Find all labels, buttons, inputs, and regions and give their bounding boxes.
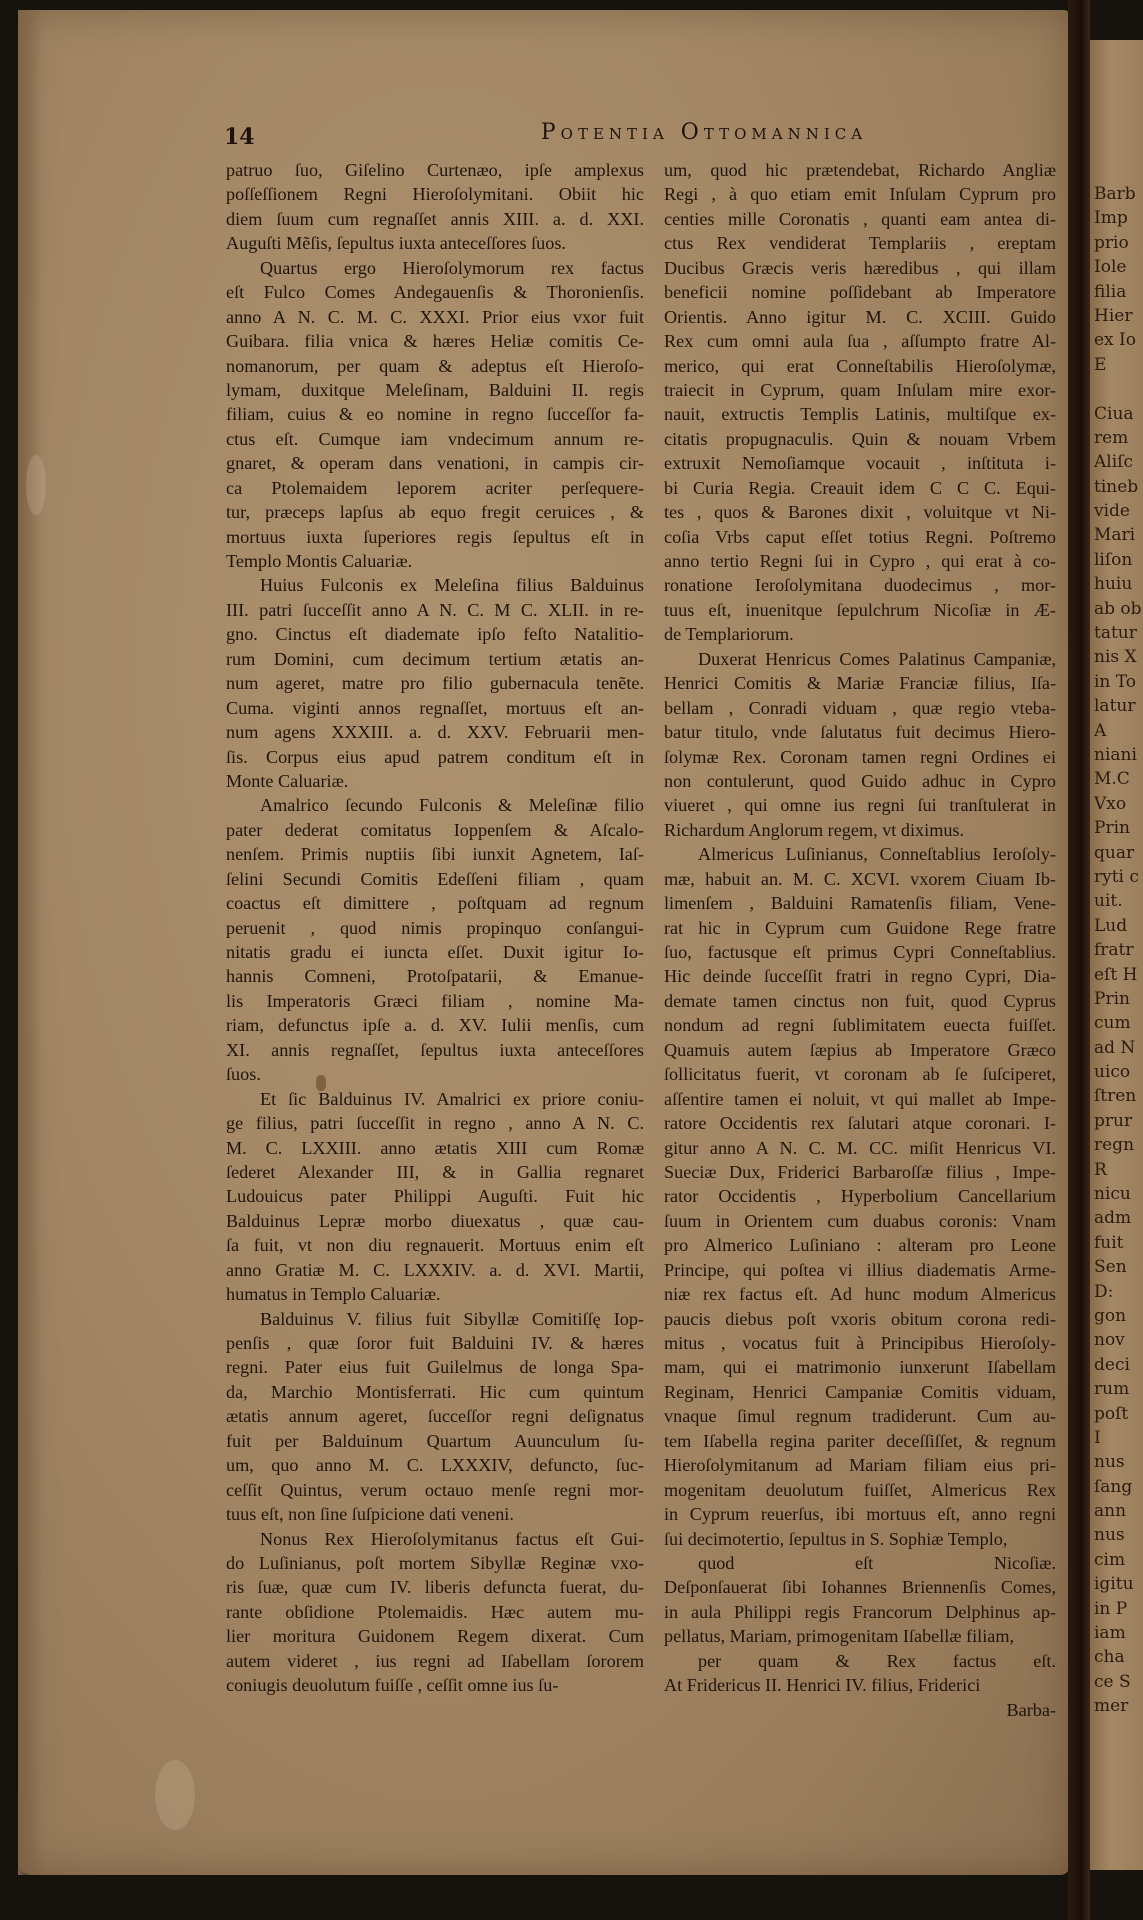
facing-page-line: deci	[1094, 1353, 1143, 1377]
text-line: num agens XXXIII. a. d. XXV. Februarii m…	[226, 720, 644, 744]
facing-page-line: tatur	[1094, 621, 1143, 645]
text-line: batur titulo, vnde ſalutatus fuit decimu…	[664, 720, 1056, 744]
page-number: 14	[224, 124, 255, 150]
text-line: ratore Occidentis rex ſalutari atque cor…	[664, 1111, 1056, 1135]
facing-page-line: Hier	[1094, 304, 1143, 328]
facing-page-line: ſang	[1094, 1475, 1143, 1499]
facing-page-line: filia	[1094, 280, 1143, 304]
facing-page-line: niani	[1094, 743, 1143, 767]
running-title: Potentia Ottomannica	[424, 120, 984, 145]
book-gutter	[1068, 0, 1090, 1920]
facing-page-line: vide	[1094, 499, 1143, 523]
text-line: rum Domini, cum decimum tertium ætatis a…	[226, 647, 644, 671]
text-line: Quartus ergo Hieroſolymorum rex factus	[226, 256, 644, 280]
text-line: do Luſinianus, poſt mortem Sibyllæ Regin…	[226, 1551, 644, 1575]
facing-page-line: igitu	[1094, 1572, 1143, 1596]
text-line: Ludouicus pater Philippi Auguſti. Fuit h…	[226, 1184, 644, 1208]
left-column: patruo ſuo, Giſelino Curtenæo, ipſe ampl…	[226, 158, 644, 1698]
text-line: pater dederat comitatus Ioppenſem & Aſca…	[226, 818, 644, 842]
text-line: hannis Comneni, Protoſpatarii, & Emanue-	[226, 964, 644, 988]
text-line: ris ſuæ, quæ cum IV. liberis defuncta fu…	[226, 1575, 644, 1599]
text-line: ſui decimotertio, ſepultus in S. Sophiæ …	[664, 1527, 1056, 1551]
text-line: autem videret , ius regni ad Iſabellam ſ…	[226, 1649, 644, 1673]
facing-page-line: Vxo	[1094, 792, 1143, 816]
facing-page-line: uico	[1094, 1060, 1143, 1084]
text-line: da, Marchio Montisferrati. Hic cum quint…	[226, 1380, 644, 1404]
text-line: ſelini Secundi Comitis Edeſſeni filiam ,…	[226, 867, 644, 891]
text-line: Amalrico ſecundo Fulconis & Meleſinæ fil…	[226, 793, 644, 817]
text-line: num ageret, matre pro filio gubernacula …	[226, 671, 644, 695]
facing-page-line	[1094, 377, 1143, 401]
text-line: beneficii nomine poſſidebant ab Imperato…	[664, 280, 1056, 304]
text-line: Balduinus V. filius fuit Sibyllæ Comitiſ…	[226, 1307, 644, 1331]
text-line: Regi , à quo etiam emit Inſulam Cyprum p…	[664, 182, 1056, 206]
facing-page-line: R	[1094, 1158, 1143, 1182]
facing-page-line: fuit	[1094, 1231, 1143, 1255]
facing-page-line: D:	[1094, 1280, 1143, 1304]
text-line: ge filius, patri ſucceſſit in regno , an…	[226, 1111, 644, 1135]
text-line: anno A N. C. M. C. XXXI. Prior eius vxor…	[226, 305, 644, 329]
text-line: nauit, extructis Templis Latinis, multiſ…	[664, 402, 1056, 426]
text-line: fuit per Balduinum Quartum Auunculum ſu-	[226, 1429, 644, 1453]
text-line: um, quod hic prætendebat, Richardo Angli…	[664, 158, 1056, 182]
text-line: citatis propugnaculis. Quin & nouam Vrbe…	[664, 427, 1056, 451]
facing-page-line: M.C	[1094, 767, 1143, 791]
facing-page-line: regn	[1094, 1133, 1143, 1157]
text-line: in aula Philippi regis Francorum Delphin…	[664, 1600, 1056, 1624]
text-line: anno Gratiæ M. C. LXXXIV. a. d. XVI. Mar…	[226, 1258, 644, 1282]
running-head: 14 Potentia Ottomannica	[224, 118, 1064, 148]
text-line: vnaque ſimul regnum tradiderunt. Cum au-	[664, 1404, 1056, 1428]
text-line: lymam, duxitque Meleſinam, Balduini II. …	[226, 378, 644, 402]
text-line: riam, defunctus ipſe a. d. XV. Iulii men…	[226, 1013, 644, 1037]
facing-page-line: Imp	[1094, 206, 1143, 230]
text-line: niæ rex factus eſt. Ad hunc modum Almeri…	[664, 1282, 1056, 1306]
paper-stain	[26, 455, 46, 515]
text-line: M. C. LXXIII. anno ætatis XIII cum Romæ	[226, 1136, 644, 1160]
text-line: Monte Caluariæ.	[226, 769, 644, 793]
text-line: Cuma. viginti annos regnaſſet, mortuus e…	[226, 696, 644, 720]
text-line: ſa fuit, vt non diu regnauerit. Mortuus …	[226, 1233, 644, 1257]
text-line: viueret , qui omne ius regni ſui tranſtu…	[664, 793, 1056, 817]
text-line: rante obſidione Ptolemaidis. Hæc autem m…	[226, 1600, 644, 1624]
facing-page-line: uit.	[1094, 889, 1143, 913]
text-line: mam, qui ei matrimonio iunxerunt Iſabell…	[664, 1355, 1056, 1379]
text-line: nitatis gradu ei iuncta eſſet. Duxit igi…	[226, 940, 644, 964]
text-line: ætatis annum ageret, ſucceſſor regni deſ…	[226, 1404, 644, 1428]
text-line: centies mille Coronatis , quanti eam ant…	[664, 207, 1056, 231]
facing-page-line: nus	[1094, 1450, 1143, 1474]
facing-page-line: eſt H	[1094, 963, 1143, 987]
text-line: Nonus Rex Hieroſolymitanus factus eſt Gu…	[226, 1527, 644, 1551]
text-line: ſis. Corpus eius apud patrem conditum eſ…	[226, 745, 644, 769]
text-line: Quamuis autem ſæpius ab Imperatore Græco	[664, 1038, 1056, 1062]
text-line: de Templariorum.	[664, 622, 1056, 646]
facing-page-line: ryti c	[1094, 865, 1143, 889]
text-line: anno tertio Regni ſui in Cypro , qui era…	[664, 549, 1056, 573]
text-line: coniugis deuolutum fuiſſe , ceſſit omne …	[226, 1673, 644, 1697]
facing-page-line: nov	[1094, 1328, 1143, 1352]
text-line: gno. Cinctus eſt diademate ipſo feſto Na…	[226, 622, 644, 646]
text-line: Principe, qui poſtea vi illius diademati…	[664, 1258, 1056, 1282]
facing-page-line: poſt	[1094, 1402, 1143, 1426]
text-line: aſſentire tamen ei noluit, vt qui mallet…	[664, 1087, 1056, 1111]
facing-page-line: cum	[1094, 1011, 1143, 1035]
text-line: ſolymæ Rex. Coronam tamen regni Ordines …	[664, 745, 1056, 769]
text-line: peruenit , quod nimis propinquo conſangu…	[226, 916, 644, 940]
text-line: poſſeſſionem Regni Hieroſolymitani. Obii…	[226, 182, 644, 206]
text-line: At Fridericus II. Henrici IV. filius, Fr…	[664, 1673, 1056, 1697]
text-line: ronatione Ieroſolymitana duodecimus , mo…	[664, 573, 1056, 597]
text-line: Duxerat Henricus Comes Palatinus Campani…	[664, 647, 1056, 671]
facing-page-line: rum	[1094, 1377, 1143, 1401]
text-line: regni. Pater eius fuit Guilelmus de long…	[226, 1355, 644, 1379]
text-line: nenſem. Primis nuptiis ſibi iunxit Agnet…	[226, 842, 644, 866]
text-line: tem Iſabella regina pariter deceſſiſſet,…	[664, 1429, 1056, 1453]
text-line: Templo Montis Caluariæ.	[226, 549, 644, 573]
text-line: mortuus iuxta ſuperiores regis ſepultus …	[226, 525, 644, 549]
text-line: quod eſt Nicoſiæ.	[664, 1551, 1056, 1575]
text-line: Guibara. filia vnica & hæres Heliæ comit…	[226, 329, 644, 353]
facing-page-line: fratr	[1094, 938, 1143, 962]
facing-page-line: adm	[1094, 1206, 1143, 1230]
page-edge	[18, 10, 42, 1875]
text-line: ceſſit Quintus, verum octauo menſe regni…	[226, 1478, 644, 1502]
facing-page-line: tineb	[1094, 475, 1143, 499]
text-line: eſt Fulco Comes Andegauenſis & Thoronien…	[226, 280, 644, 304]
text-line: Sueciæ Dux, Friderici Barbaroſſæ filius …	[664, 1160, 1056, 1184]
text-line: limenſem , Balduini Ramatenſis filiam, V…	[664, 891, 1056, 915]
text-line: gnaret, & operam dans venationi, in camp…	[226, 451, 644, 475]
facing-page-line: liſon	[1094, 548, 1143, 572]
text-line: Ducibus Græcis veris hæredibus , qui ill…	[664, 256, 1056, 280]
text-line: per quam & Rex factus eſt.	[664, 1649, 1056, 1673]
facing-page-line: Aliſc	[1094, 450, 1143, 474]
facing-page-line: cha	[1094, 1645, 1143, 1669]
facing-page-line: gon	[1094, 1304, 1143, 1328]
text-line: paucis diebus poſt vxoris obitum corona …	[664, 1307, 1056, 1331]
facing-page-line: cim	[1094, 1548, 1143, 1572]
text-line: humatus in Templo Caluariæ.	[226, 1282, 644, 1306]
facing-page-line: huiu	[1094, 572, 1143, 596]
text-line: rat hic in Cyprum cum Guidone Rege fratr…	[664, 916, 1056, 940]
text-line: ſuum in Orientem cum duabus coronis: Vna…	[664, 1209, 1056, 1233]
facing-page-line: nus	[1094, 1523, 1143, 1547]
text-line: traiecit in Cyprum, quam Inſulam mire ex…	[664, 378, 1056, 402]
facing-page-line: Iole	[1094, 255, 1143, 279]
facing-page-line: nicu	[1094, 1182, 1143, 1206]
facing-page-line: latur	[1094, 694, 1143, 718]
text-line: filiam, cuius & eo nomine in regno ſucce…	[226, 402, 644, 426]
facing-page-line: iam	[1094, 1621, 1143, 1645]
text-line: Et ſic Balduinus IV. Amalrici ex priore …	[226, 1087, 644, 1111]
text-line: diem ſuum cum regnaſſet annis XIII. a. d…	[226, 207, 644, 231]
text-line: bi Curia Regia. Creauit idem C C C. Equi…	[664, 476, 1056, 500]
text-line: Richardum Anglorum regem, vt diximus.	[664, 818, 1056, 842]
facing-page-line: ab ob	[1094, 597, 1143, 621]
facing-page-line: Barb	[1094, 182, 1143, 206]
text-line: tes , quos & Barones dixit , voluitque v…	[664, 500, 1056, 524]
facing-page-line: ce S	[1094, 1670, 1143, 1694]
text-line: demate tamen cinctus non fuit, quod Cypr…	[664, 989, 1056, 1013]
text-line: tuus eſt, non ſine ſuſpicione dati venen…	[226, 1502, 644, 1526]
text-line: Almericus Luſinianus, Conneſtablius Iero…	[664, 842, 1056, 866]
text-line: lier moritura Guidonem Regem dixerat. Cu…	[226, 1624, 644, 1648]
text-line: merico, qui erat Conneſtabilis Hieroſoly…	[664, 354, 1056, 378]
facing-page-line: Lud	[1094, 914, 1143, 938]
facing-page-line: mer	[1094, 1694, 1143, 1718]
text-line: coſia Vrbs caput eſſet totius Regni. Poſ…	[664, 525, 1056, 549]
text-line: Balduinus Lepræ morbo diuexatus , quæ ca…	[226, 1209, 644, 1233]
text-line: pro Almerico Luſiniano : alteram pro Leo…	[664, 1233, 1056, 1257]
facing-page-fragment: BarbImpprioIolefiliaHierex IoECiuaremAli…	[1090, 40, 1143, 1870]
facing-page-line: Ciua	[1094, 402, 1143, 426]
text-line: III. patri ſucceſſit anno A N. C. M C. X…	[226, 598, 644, 622]
text-line: ca Ptolemaidem leporem acriter perſequer…	[226, 476, 644, 500]
text-line: penſis , quæ ſoror fuit Balduini IV. & h…	[226, 1331, 644, 1355]
text-line: pellatus, Mariam, primogenitam Iſabellæ …	[664, 1624, 1056, 1648]
facing-page-line: I	[1094, 1426, 1143, 1450]
facing-page-line: ex Io	[1094, 328, 1143, 352]
facing-page-line: ad N	[1094, 1036, 1143, 1060]
text-line: rator Occidentis , Hyperbolium Cancellar…	[664, 1184, 1056, 1208]
text-line: Auguſti Mẽſis, ſepultus iuxta anteceſſor…	[226, 231, 644, 255]
text-line: Hic deinde ſucceſſit fratri in regno Cyp…	[664, 964, 1056, 988]
text-line: nomanorum, per quam & adeptus eſt Hieroſ…	[226, 354, 644, 378]
facing-page-line: in P	[1094, 1597, 1143, 1621]
text-line: tuus eſt, inuenitque ſepulchrum Nicoſiæ …	[664, 598, 1056, 622]
text-line: Reginam, Henrici Campaniæ Comitis viduam…	[664, 1380, 1056, 1404]
text-line: bellam , Conradi viduam , quæ regio vteb…	[664, 696, 1056, 720]
facing-page-line: Prin	[1094, 987, 1143, 1011]
text-line: mitus , vocatus fuit à Principibus Hiero…	[664, 1331, 1056, 1355]
text-line: ſuo, factusque eſt primus Cypri Conneſta…	[664, 940, 1056, 964]
facing-page-line: prur	[1094, 1109, 1143, 1133]
text-line: in Cyprum reuerſus, ibi mortuus eſt, ann…	[664, 1502, 1056, 1526]
facing-page-text: BarbImpprioIolefiliaHierex IoECiuaremAli…	[1094, 182, 1143, 1719]
facing-page-line: ann	[1094, 1499, 1143, 1523]
text-line: ſollicitatus fuerit, vt coronam ab ſe ſu…	[664, 1062, 1056, 1086]
facing-page-line: in To	[1094, 670, 1143, 694]
text-line: ſederet Alexander III, & in Gallia regna…	[226, 1160, 644, 1184]
text-line: Rex cum omni aula ſua , aſſumpto fratre …	[664, 329, 1056, 353]
text-line: mogenitam deuolutum fuiſſet, Almericus R…	[664, 1478, 1056, 1502]
facing-page-line: prio	[1094, 231, 1143, 255]
text-line: Orientis. Anno igitur M. C. XCIII. Guido	[664, 305, 1056, 329]
facing-page-line: Prin	[1094, 816, 1143, 840]
facing-page-line: rem	[1094, 426, 1143, 450]
text-line: ctus eſt. Cumque iam vndecimum annum re-	[226, 427, 644, 451]
text-line: gitur anno A N. C. M. CC. miſit Henricus…	[664, 1136, 1056, 1160]
facing-page-line: quar	[1094, 841, 1143, 865]
text-line: nondum ad regni ſublimitatem euecta fuiſ…	[664, 1013, 1056, 1037]
facing-page-line: nis X	[1094, 645, 1143, 669]
text-line: tur, præceps lapſus ab equo fregit cerui…	[226, 500, 644, 524]
text-line: Hieroſolymitanum ad Mariam filiam eius p…	[664, 1453, 1056, 1477]
text-line: Barba-	[664, 1698, 1056, 1722]
text-line: XI. annis regnaſſet, ſepultus iuxta ante…	[226, 1038, 644, 1062]
text-line: mæ, habuit an. M. C. XCVI. vxorem Ciuam …	[664, 867, 1056, 891]
text-line: Huius Fulconis ex Meleſina filius Baldui…	[226, 573, 644, 597]
text-line: lis Imperatoris Græci filiam , nomine Ma…	[226, 989, 644, 1013]
text-line: coactus eſt dimittere , poſtquam ad regn…	[226, 891, 644, 915]
text-line: Henrici Comitis & Mariæ Franciæ filius, …	[664, 671, 1056, 695]
right-column: um, quod hic prætendebat, Richardo Angli…	[664, 158, 1056, 1722]
text-line: Deſponſauerat ſibi Iohannes Briennenſis …	[664, 1575, 1056, 1599]
facing-page-line: E	[1094, 353, 1143, 377]
facing-page-line: Mari	[1094, 523, 1143, 547]
text-line: extruxit Nemoſiamque vocauit , inſtituta…	[664, 451, 1056, 475]
text-line: ctus Rex vendiderat Templariis , ereptam	[664, 231, 1056, 255]
paper-stain	[155, 1760, 195, 1830]
facing-page-line: Sen	[1094, 1255, 1143, 1279]
text-line: ſuos.	[226, 1062, 644, 1086]
text-line: patruo ſuo, Giſelino Curtenæo, ipſe ampl…	[226, 158, 644, 182]
facing-page-line: ſtren	[1094, 1084, 1143, 1108]
text-line: um, quo anno M. C. LXXXIV, defuncto, ſuc…	[226, 1453, 644, 1477]
text-line: non contulerunt, quod Guido adhuc in Cyp…	[664, 769, 1056, 793]
facing-page-line: A	[1094, 719, 1143, 743]
